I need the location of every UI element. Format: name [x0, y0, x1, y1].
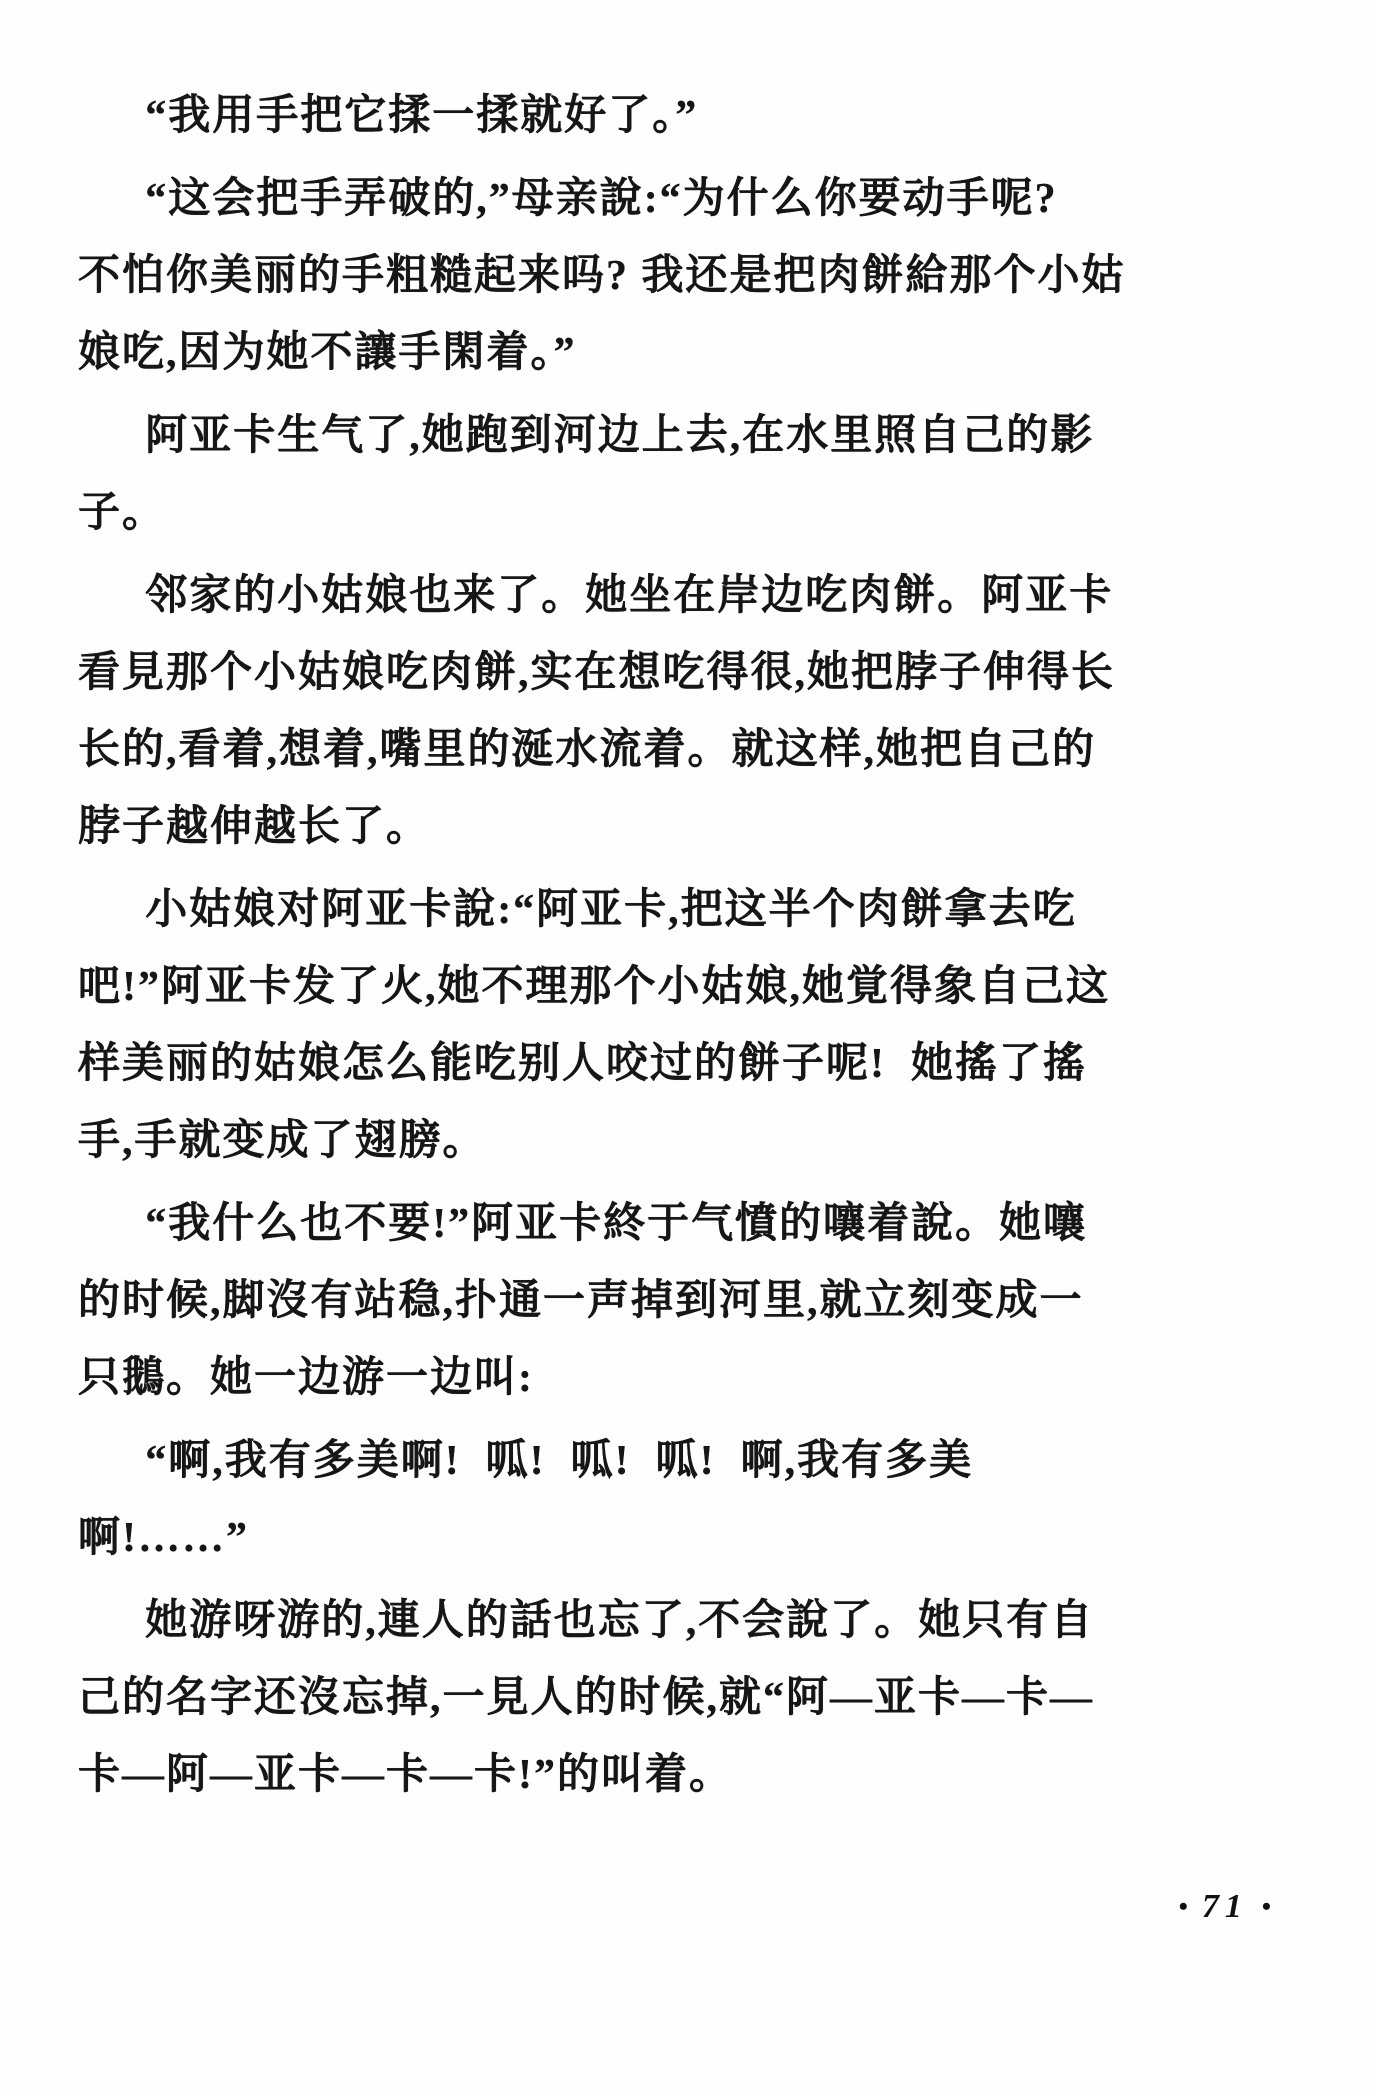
page-number-bullet-left: •: [1179, 1892, 1188, 1922]
paragraph: “我用手把它揉一揉就好了。”: [78, 78, 1314, 155]
book-page: “我用手把它揉一揉就好了。” “这会把手弄破的,”母亲說:“为什么你要动手呢? …: [0, 0, 1376, 2092]
paragraph: 阿亚卡生气了,她跑到河边上去,在水里照自己的影 子。: [78, 398, 1314, 552]
page-number-bullet-right: •: [1262, 1892, 1271, 1922]
paragraph: 邻家的小姑娘也来了。她坐在岸边吃肉餅。阿亚卡 看見那个小姑娘吃肉餅,实在想吃得很…: [78, 558, 1314, 866]
paragraph: “我什么也不要!”阿亚卡終于气憤的嚷着說。她嚷 的时候,脚沒有站稳,扑通一声掉到…: [78, 1186, 1314, 1417]
paragraph: “啊,我有多美啊! 呱! 呱! 呱! 啊,我有多美 啊!……”: [78, 1423, 1314, 1577]
paragraph: 小姑娘对阿亚卡說:“阿亚卡,把这半个肉餅拿去吃 吧!”阿亚卡发了火,她不理那个小…: [78, 872, 1314, 1180]
page-number-value: 71: [1202, 1888, 1248, 1926]
page-number: • 71 •: [1179, 1888, 1271, 1926]
paragraph: 她游呀游的,連人的話也忘了,不会說了。她只有自 己的名字还沒忘掉,一見人的时候,…: [78, 1583, 1314, 1814]
story-text-block: “我用手把它揉一揉就好了。” “这会把手弄破的,”母亲說:“为什么你要动手呢? …: [78, 78, 1314, 1814]
paragraph: “这会把手弄破的,”母亲說:“为什么你要动手呢? 不怕你美丽的手粗糙起来吗? 我…: [78, 161, 1314, 392]
